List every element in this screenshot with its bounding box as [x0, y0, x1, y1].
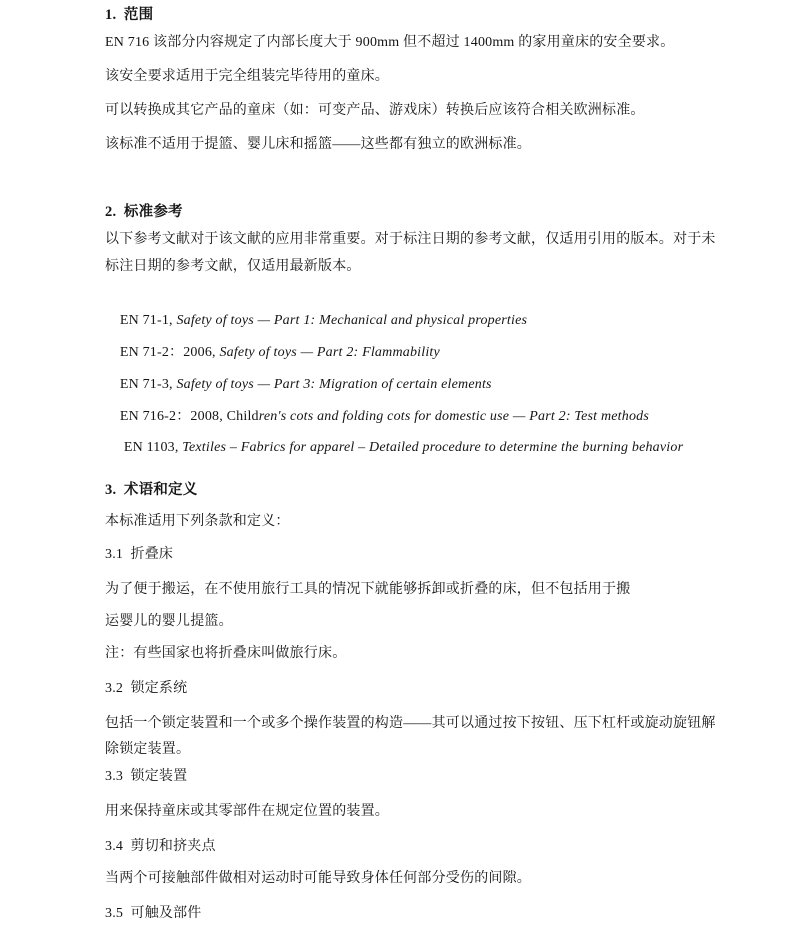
- term-3-3-definition: 用来保持童床或其零部件在规定位置的装置。: [105, 802, 389, 822]
- term-3-2-title: 3.2 锁定系统: [105, 679, 187, 699]
- term-3-1-title: 3.1 折叠床: [105, 545, 173, 565]
- reference-title: Textiles – Fabrics for apparel – Detaile…: [182, 440, 683, 455]
- reference-item-en-71-2: EN 71-2：2006, Safety of toys — Part 2: F…: [105, 323, 440, 343]
- reference-prefix: EN 1103,: [124, 440, 182, 455]
- term-3-2-definition-line-2: 除锁定装置。: [105, 740, 190, 760]
- references-intro-line-2: 标注日期的参考文献，仅适用最新版本。: [105, 257, 361, 277]
- section-3-heading: 3. 术语和定义: [105, 480, 197, 500]
- reference-item-en-71-1: EN 71-1, Safety of toys — Part 1: Mechan…: [105, 291, 527, 311]
- term-3-1-definition-line-1: 为了便于搬运，在不使用旅行工具的情况下就能够拆卸或折叠的床，但不包括用于搬: [105, 580, 630, 600]
- document-page: 1. 范围 EN 716 该部分内容规定了内部长度大于 900mm 但不超过 1…: [0, 0, 800, 930]
- term-3-2-definition-line-1: 包括一个锁定装置和一个或多个操作装置的构造——其可以通过按下按钮、压下杠杆或旋动…: [105, 714, 716, 734]
- scope-paragraph-1: EN 716 该部分内容规定了内部长度大于 900mm 但不超过 1400mm …: [105, 33, 674, 53]
- term-3-3-title: 3.3 锁定装置: [105, 767, 187, 787]
- reference-item-en-1103: EN 1103, Textiles – Fabrics for apparel …: [109, 418, 683, 438]
- section-2-heading: 2. 标准参考: [105, 202, 183, 222]
- term-3-4-title: 3.4 剪切和挤夹点: [105, 837, 216, 857]
- term-3-5-title: 3.5 可触及部件: [105, 904, 202, 924]
- reference-item-en-716-2: EN 716-2：2008, Children's cots and foldi…: [105, 387, 649, 407]
- references-intro-line-1: 以下参考文献对于该文献的应用非常重要。对于标注日期的参考文献，仅适用引用的版本。…: [105, 230, 716, 250]
- terms-intro: 本标准适用下列条款和定义：: [105, 512, 290, 532]
- reference-item-en-71-3: EN 71-3, Safety of toys — Part 3: Migrat…: [105, 355, 492, 375]
- term-3-1-definition-line-2: 运婴儿的婴儿提篮。: [105, 612, 233, 632]
- term-3-4-definition: 当两个可接触部件做相对运动时可能导致身体任何部分受伤的间隙。: [105, 869, 531, 889]
- scope-paragraph-2: 该安全要求适用于完全组装完毕待用的童床。: [105, 67, 389, 87]
- scope-paragraph-4: 该标准不适用于提篮、婴儿床和摇篮——这些都有独立的欧洲标准。: [105, 135, 531, 155]
- section-1-heading: 1. 范围: [105, 5, 153, 25]
- scope-paragraph-3: 可以转换成其它产品的童床（如：可变产品、游戏床）转换后应该符合相关欧洲标准。: [105, 101, 645, 121]
- term-3-1-note: 注：有些国家也将折叠床叫做旅行床。: [105, 644, 346, 664]
